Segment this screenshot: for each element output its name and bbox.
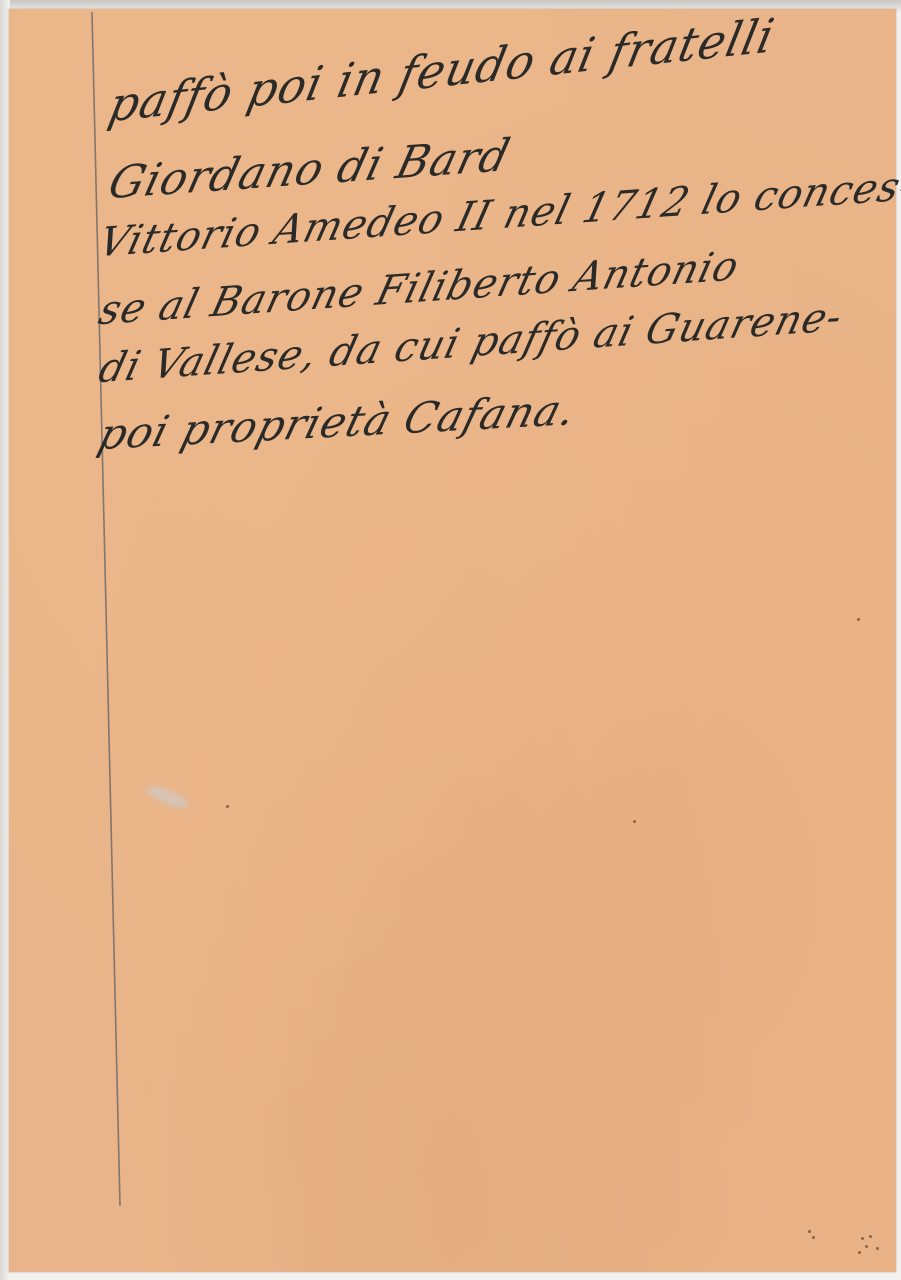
- speck: [869, 1235, 872, 1238]
- speck: [876, 1247, 879, 1250]
- speck: [633, 820, 636, 823]
- speck: [808, 1230, 811, 1233]
- speck: [812, 1236, 815, 1239]
- speck: [857, 618, 860, 621]
- speck: [226, 805, 229, 808]
- speck: [861, 1237, 864, 1240]
- speck: [858, 1251, 861, 1254]
- speck: [865, 1245, 868, 1248]
